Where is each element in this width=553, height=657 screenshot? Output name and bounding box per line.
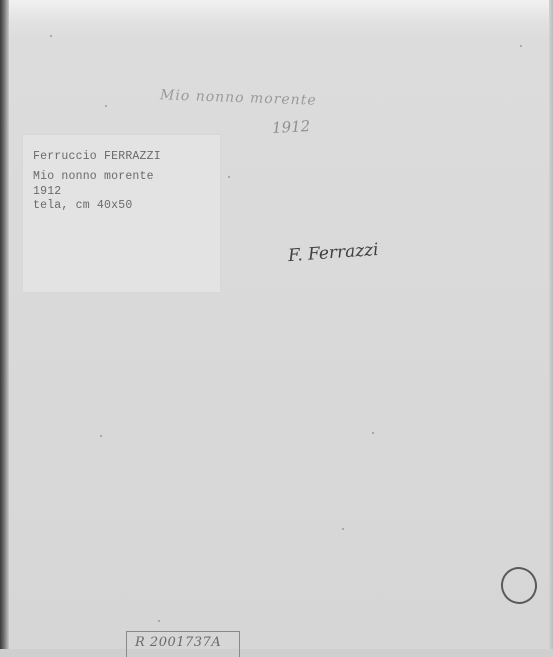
artwork-title: Mio nonno morente	[33, 170, 154, 183]
pencil-title-note: Mio nonno morente	[160, 87, 317, 108]
typed-label-card: Ferruccio FERRAZZI Mio nonno morente 191…	[22, 134, 221, 293]
artwork-year: 1912	[33, 185, 61, 198]
photo-card-back: Mio nonno morente 1912 Ferruccio FERRAZZ…	[0, 0, 553, 657]
speck	[228, 176, 230, 178]
speck	[372, 432, 374, 434]
speck	[342, 528, 344, 530]
inventory-number-box: R 2001737A	[126, 631, 240, 657]
top-edge	[0, 0, 553, 24]
speck	[50, 35, 52, 37]
inventory-number: R 2001737A	[135, 635, 221, 650]
left-edge-shadow	[0, 0, 9, 657]
artist-name: Ferruccio FERRAZZI	[33, 150, 161, 163]
artwork-medium-size: tela, cm 40x50	[33, 199, 132, 212]
speck	[520, 45, 522, 47]
speck	[105, 105, 107, 107]
bottom-edge	[0, 649, 553, 657]
artist-signature: F. Ferrazzi	[287, 240, 379, 266]
speck	[100, 435, 102, 437]
right-edge	[549, 0, 553, 657]
circle-mark	[497, 563, 541, 608]
pencil-year-note: 1912	[272, 117, 311, 137]
speck	[158, 620, 160, 622]
